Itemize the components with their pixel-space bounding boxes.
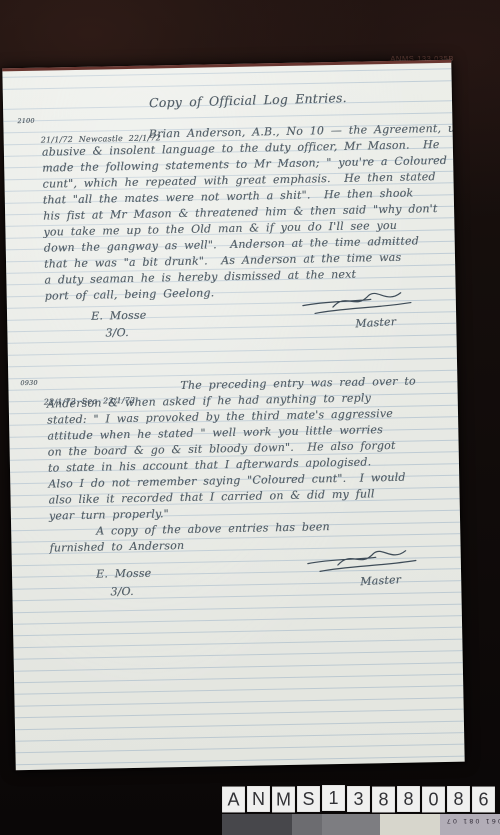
catalog-tile: M: [272, 787, 295, 813]
catalog-tile: 8: [397, 786, 420, 812]
page-title: Copy of Official Log Entries.: [149, 90, 347, 110]
entry2-signature-rank: 3/O.: [110, 585, 134, 598]
entry1-body: Brian Anderson, A.B., No 10 — the Agreem…: [41, 120, 464, 304]
grayscale-patch: [322, 814, 380, 835]
catalog-tile: 6: [472, 787, 495, 813]
entry1-signature-rank: 3/O.: [105, 326, 129, 339]
log-page-paper: Copy of Official Log Entries. 2100 21/1/…: [2, 60, 464, 770]
catalog-tile: 8: [372, 787, 395, 813]
catalog-number-tiles: ANMS1388086: [222, 786, 495, 812]
catalog-tile: 1: [322, 785, 345, 811]
grayscale-patch: 061 081 07: [440, 814, 500, 835]
entry1-master-label: Master: [355, 315, 397, 330]
entry2-signature-name: E. Mosse: [96, 567, 152, 581]
entry2-master-label: Master: [360, 573, 402, 588]
grayscale-patch: [380, 814, 440, 835]
grayscale-patch: [292, 814, 322, 835]
catalog-tile: N: [247, 786, 270, 812]
entry1-time: 2100: [17, 113, 160, 126]
grayscale-patch: [222, 814, 292, 835]
catalog-tile: S: [297, 786, 320, 812]
entry2-body: The preceding entry was read over toAnde…: [46, 373, 419, 556]
catalog-tile: 8: [447, 786, 470, 812]
grayscale-frame-numbers: 061 081 07: [442, 817, 500, 825]
entry1-signature-name: E. Mosse: [91, 309, 147, 323]
catalog-tile: 0: [422, 787, 445, 813]
catalog-tile: 3: [347, 786, 370, 812]
catalog-tile: A: [222, 787, 245, 813]
grayscale-strip: 061 081 07: [222, 814, 500, 835]
